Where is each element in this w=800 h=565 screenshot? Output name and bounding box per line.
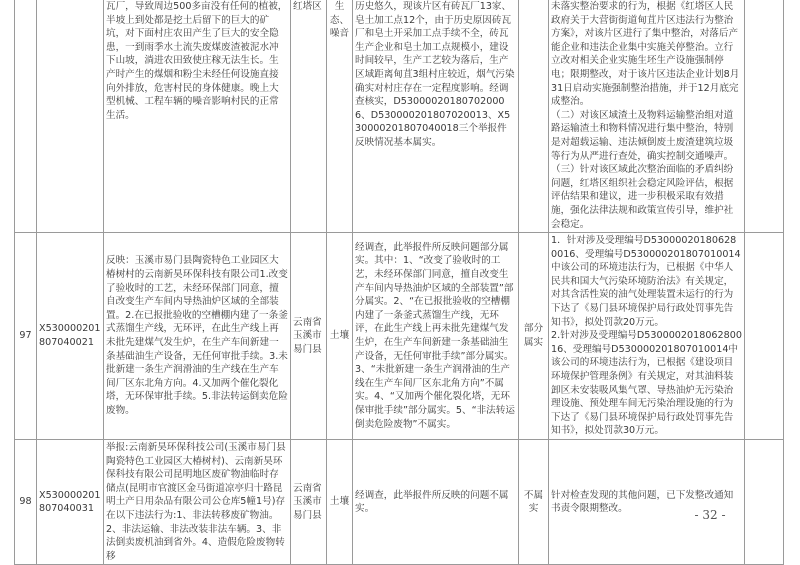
- region: 云南省玉溪市易门县: [291, 233, 327, 440]
- actions-cell: 1．针对涉及受理编号D530000201806280016、受理编号D53000…: [549, 233, 745, 440]
- case-code: X530000201807040021: [37, 233, 104, 440]
- case-code: X530000201807040031: [37, 440, 104, 565]
- verdict: 不属实: [519, 440, 549, 565]
- pollution-type: 生态、噪音: [327, 0, 353, 233]
- verdict: 部分属实: [519, 233, 549, 440]
- region: 红塔区: [291, 0, 327, 233]
- action-paragraph: （二）对该区域渣土及物料运输整治组对道路运输渣土和物料情况进行集中整治，特别是对…: [551, 109, 742, 163]
- action-paragraph: （三）针对该区域此次整治面临的矛盾纠纷问题，红塔区组织社会稳定风险评估，根据评估…: [551, 163, 742, 231]
- action-paragraph: 2.针对涉及受理编号D530000201806280016、受理编号D53000…: [551, 329, 742, 438]
- findings-text: 历史悠久，现该片区有砖瓦厂13家、皂土加工点12个，由于历史原因砖瓦厂和皂土开采…: [353, 0, 519, 233]
- actions-cell: 针对检查发现的其他问题，已下发整改通知书责令限期整改。: [549, 440, 745, 565]
- table-row: 98 X530000201807040031 举报:云南新昊环保科技公司(玉溪市…: [15, 440, 784, 565]
- complaint-text: 反映：玉溪市易门县陶瓷特色工业园区大椿树村的云南新昊环保科技有限公司1.改变了验…: [104, 233, 291, 440]
- row-index: 98: [15, 440, 37, 565]
- case-code: [37, 0, 104, 233]
- remark: [745, 0, 784, 233]
- remark: [745, 440, 784, 565]
- row-index: [15, 0, 37, 233]
- page-number: - 32 -: [680, 508, 740, 522]
- complaint-table: 瓦厂，导致周边500多亩没有任何的植被，半坡上到处都是挖土后留下的巨大的矿坑，对…: [14, 0, 784, 565]
- action-paragraph: 1．针对涉及受理编号D530000201806280016、受理编号D53000…: [551, 234, 742, 329]
- findings-text: 经调查，此举报件所反映问题部分属实。其中：1、“改变了验收时的工艺，未经环保部门…: [353, 233, 519, 440]
- actions-cell: 未落实整治要求的行为，根据《红塔区人民政府关于大营街街道甸苴片区违法行为整治方案…: [549, 0, 745, 233]
- pollution-type: 土壤: [327, 233, 353, 440]
- verdict: [519, 0, 549, 233]
- findings-text: 经调查，此举报件所反映的问题不属实。: [353, 440, 519, 565]
- pollution-type: 土壤: [327, 440, 353, 565]
- remark: [745, 233, 784, 440]
- complaint-text: 瓦厂，导致周边500多亩没有任何的植被，半坡上到处都是挖土后留下的巨大的矿坑，对…: [104, 0, 291, 233]
- action-paragraph: 未落实整治要求的行为，根据《红塔区人民政府关于大营街街道甸苴片区违法行为整治方案…: [551, 0, 742, 109]
- complaint-text: 举报:云南新昊环保科技公司(玉溪市易门县陶瓷特色工业园区大椿树村)、云南新昊环保…: [104, 440, 291, 565]
- row-index: 97: [15, 233, 37, 440]
- table-row: 97 X530000201807040021 反映：玉溪市易门县陶瓷特色工业园区…: [15, 233, 784, 440]
- region: 云南省玉溪市易门县: [291, 440, 327, 565]
- table-row: 瓦厂，导致周边500多亩没有任何的植被，半坡上到处都是挖土后留下的巨大的矿坑，对…: [15, 0, 784, 233]
